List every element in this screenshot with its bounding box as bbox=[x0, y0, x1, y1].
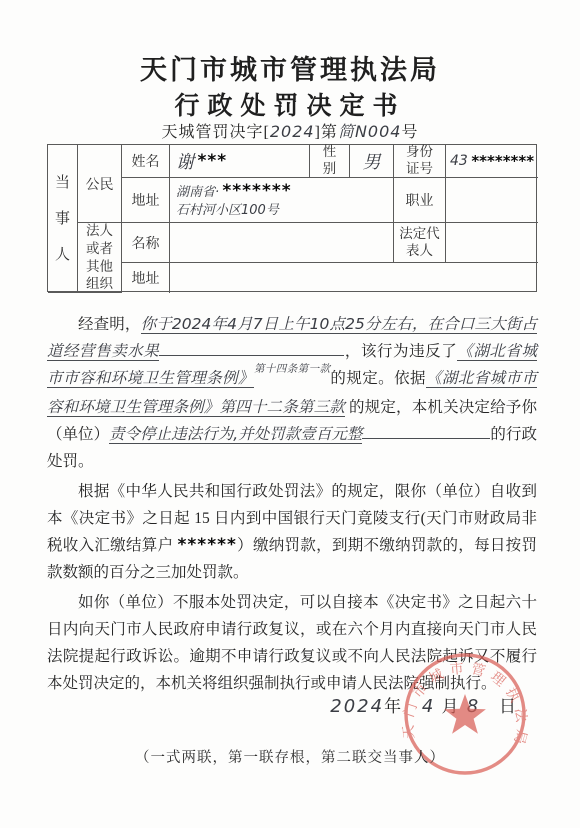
address-value: 湖南省· ******* 石村河小区100号 bbox=[170, 178, 394, 223]
occupation-label: 职业 bbox=[394, 178, 446, 223]
gender-handwritten: 男 bbox=[363, 148, 381, 174]
blank-underline bbox=[159, 340, 344, 357]
document-reference-number: 天城管罚决字[2024]第简N004号 bbox=[0, 119, 580, 142]
party-group-label: 当事人 bbox=[48, 145, 78, 293]
document-type-title: 行政处罚决定书 bbox=[0, 86, 580, 122]
date-month-label: 月 bbox=[442, 697, 461, 716]
name-handwritten: 谢 bbox=[176, 148, 194, 174]
legal-rep-label-text: 法定代表人 bbox=[397, 226, 443, 260]
ref-number-handwritten: 简N004 bbox=[338, 122, 402, 141]
id-redaction: ******** bbox=[471, 152, 534, 170]
findings-lead: 经查明， bbox=[78, 316, 141, 333]
issuing-agency-title: 天门市城市管理执法局 bbox=[0, 48, 580, 87]
name-redaction: *** bbox=[198, 151, 228, 171]
address-line1: 湖南省· ******* bbox=[176, 181, 292, 202]
blank-underline bbox=[362, 423, 490, 440]
org-address-label: 地址 bbox=[122, 263, 170, 293]
occupation-value-empty bbox=[446, 178, 538, 223]
inserted-clause-handwritten: 第十四条第一款 bbox=[254, 363, 330, 375]
address-label: 地址 bbox=[122, 178, 170, 223]
legal-org-label-text: 法人或者其他组织 bbox=[83, 222, 117, 292]
ref-suffix: 号 bbox=[401, 124, 418, 141]
basis-lead: 的规定。依据 bbox=[330, 370, 426, 387]
name-value: 谢 *** bbox=[170, 145, 310, 178]
id-number-label-text: 身份证号 bbox=[404, 144, 436, 178]
legal-org-label: 法人或者其他组织 bbox=[78, 223, 122, 293]
party-info-table: 当事人 公民 法人或者其他组织 姓名 谢 *** 性别 男 身份证号 43 **… bbox=[47, 144, 537, 292]
id-number-value: 43 ******** bbox=[446, 145, 538, 178]
ref-year-handwritten: 2024 bbox=[270, 122, 315, 141]
date-day-handwritten: 8 bbox=[467, 696, 480, 717]
ref-prefix: 天城管罚决字[ bbox=[162, 124, 270, 141]
gender-value: 男 bbox=[350, 145, 394, 178]
decision-body: 经查明，你于2024年4月7日上午10点25分左右，在合口三大街占道经营售卖水果… bbox=[47, 311, 537, 700]
paragraph-appeal-rights: 如你（单位）不服本处罚决定，可以自接本《决定书》之日起六十日内向天门市人民政府申… bbox=[47, 589, 537, 697]
penalty-decision-document: 天门市城市管理执法局 行政处罚决定书 天城管罚决字[2024]第简N004号 当… bbox=[0, 0, 580, 828]
paragraph-payment: 根据《中华人民共和国行政处罚法》的规定，限你（单位）自收到本《决定书》之日起 1… bbox=[47, 478, 537, 586]
citizen-label: 公民 bbox=[78, 145, 122, 223]
name-label: 姓名 bbox=[122, 145, 170, 178]
penalty-content-handwritten: 责令停止违法行为,并处罚款壹百元整 bbox=[109, 425, 362, 444]
paragraph-findings: 经查明，你于2024年4月7日上午10点25分左右，在合口三大街占道经营售卖水果… bbox=[47, 311, 537, 475]
copies-note: （一式两联，第一联存根，第二联交当事人） bbox=[0, 746, 580, 767]
org-address-value-empty bbox=[170, 263, 538, 293]
id-prefix-handwritten: 43 bbox=[450, 153, 468, 169]
date-day-label: 日 bbox=[499, 697, 518, 716]
gender-label-text: 性别 bbox=[322, 144, 338, 178]
gender-label: 性别 bbox=[310, 145, 350, 178]
org-name-value-empty bbox=[170, 223, 394, 263]
account-redaction: ****** bbox=[178, 535, 237, 555]
id-number-label: 身份证号 bbox=[394, 145, 446, 178]
party-group-label-text: 当事人 bbox=[55, 165, 71, 273]
date-year-label: 年 bbox=[384, 697, 403, 716]
decision-date: 2024年 4 月 8 日 bbox=[330, 692, 518, 717]
legal-rep-label: 法定代表人 bbox=[394, 223, 446, 263]
address-redaction: ******* bbox=[222, 181, 291, 201]
violation-lead: ，该行为违反了 bbox=[344, 343, 457, 360]
date-month-handwritten: 4 bbox=[422, 696, 435, 717]
citizen-label-text: 公民 bbox=[86, 174, 114, 194]
date-year-handwritten: 2024 bbox=[330, 696, 384, 717]
legal-rep-value-empty bbox=[446, 223, 538, 263]
address-line1-handwritten: 湖南省· bbox=[176, 185, 219, 200]
org-name-label: 名称 bbox=[122, 223, 170, 263]
address-line2-handwritten: 石村河小区100号 bbox=[176, 203, 279, 219]
ref-mid: ]第 bbox=[315, 124, 338, 141]
